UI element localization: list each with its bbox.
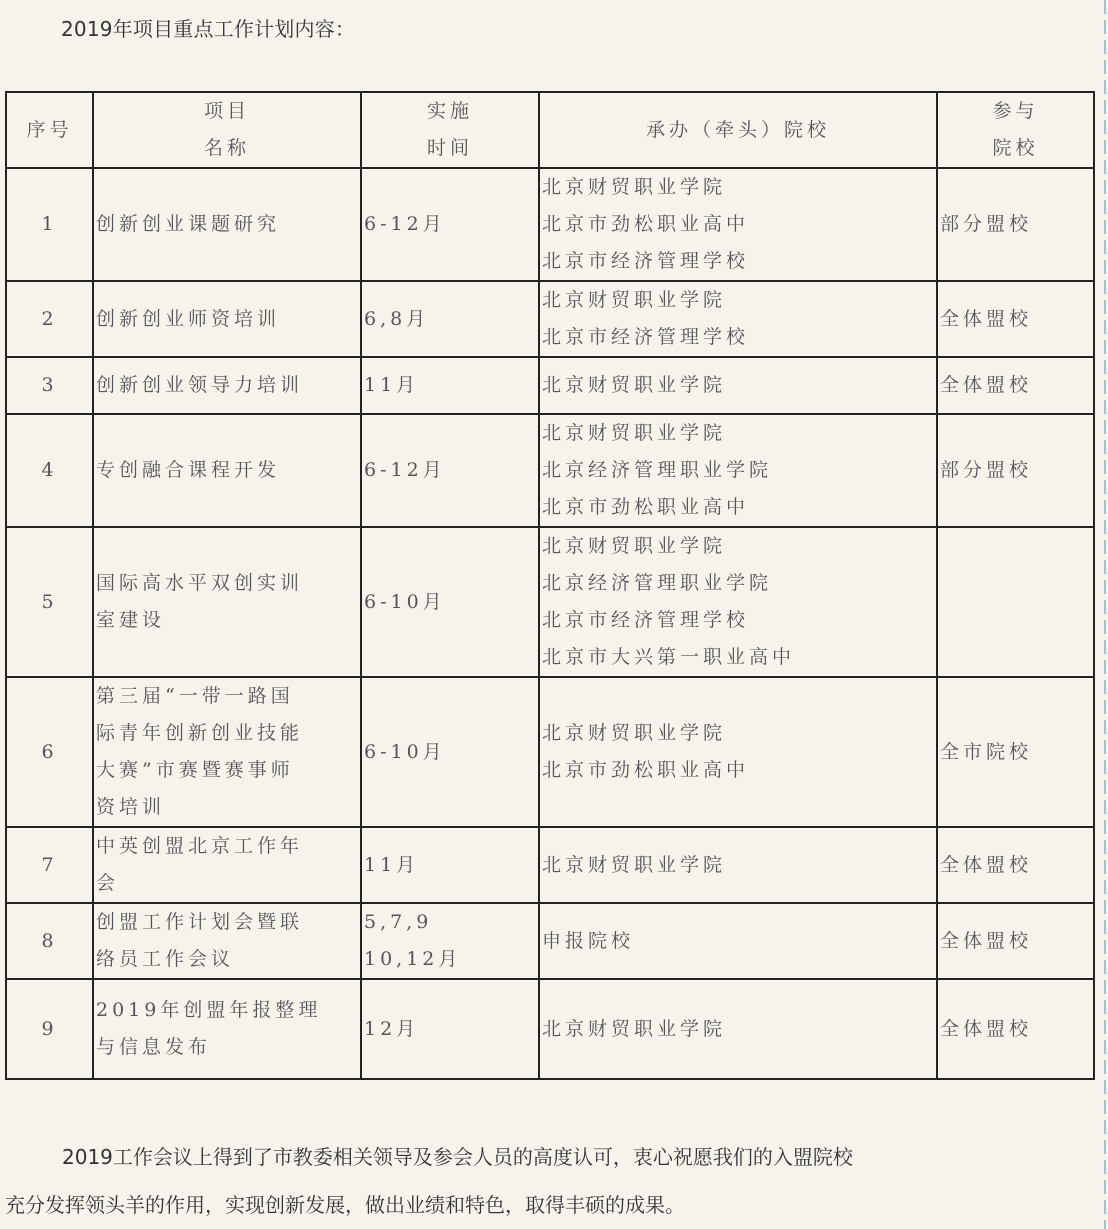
- host-institutions: 北京财贸职业学院北京市劲松职业高中: [539, 677, 937, 827]
- table-row: 4专创融合课程开发6-12月北京财贸职业学院北京经济管理职业学院北京市劲松职业高…: [6, 414, 1094, 527]
- implementation-time: 6-10月: [361, 527, 539, 677]
- closing-line-1: 2019工作会议上得到了市教委相关领导及参会人员的高度认可，衷心祝愿我们的入盟院…: [5, 1133, 1095, 1181]
- implementation-time: 6-12月: [361, 168, 539, 281]
- project-name: 国际高水平双创实训室建设: [93, 527, 361, 677]
- header-participants: 参与 院校: [937, 92, 1094, 168]
- implementation-time: 5,7,910,12月: [361, 903, 539, 979]
- implementation-time: 11月: [361, 357, 539, 414]
- host-institutions: 北京财贸职业学院北京经济管理职业学院北京市劲松职业高中: [539, 414, 937, 527]
- participating-institutions: 全体盟校: [937, 827, 1094, 903]
- participating-institutions: 部分盟校: [937, 414, 1094, 527]
- host-institutions: 申报院校: [539, 903, 937, 979]
- closing-paragraph: 2019工作会议上得到了市教委相关领导及参会人员的高度认可，衷心祝愿我们的入盟院…: [5, 1133, 1095, 1229]
- header-name: 项目 名称: [93, 92, 361, 168]
- table-row: 3创新创业领导力培训11月北京财贸职业学院全体盟校: [6, 357, 1094, 414]
- project-name: 中英创盟北京工作年会: [93, 827, 361, 903]
- project-name: 2019年创盟年报整理与信息发布: [93, 979, 361, 1079]
- table-row: 8创盟工作计划会暨联络员工作会议5,7,910,12月申报院校全体盟校: [6, 903, 1094, 979]
- project-name: 创新创业师资培训: [93, 281, 361, 357]
- table-row: 2创新创业师资培训6,8月北京财贸职业学院北京市经济管理学校全体盟校: [6, 281, 1094, 357]
- project-name: 第三届“一带一路国际青年创新创业技能大赛”市赛暨赛事师资培训: [93, 677, 361, 827]
- project-name: 创盟工作计划会暨联络员工作会议: [93, 903, 361, 979]
- implementation-time: 11月: [361, 827, 539, 903]
- row-number: 2: [6, 281, 93, 357]
- header-time: 实施 时间: [361, 92, 539, 168]
- table-row: 7中英创盟北京工作年会11月北京财贸职业学院全体盟校: [6, 827, 1094, 903]
- participating-institutions: 全体盟校: [937, 979, 1094, 1079]
- work-plan-table: 序号 项目 名称 实施 时间 承办（牵头）院校 参与 院校 1创新创业课题研究6…: [5, 91, 1095, 1080]
- host-institutions: 北京财贸职业学院: [539, 357, 937, 414]
- row-number: 5: [6, 527, 93, 677]
- project-name: 创新创业领导力培训: [93, 357, 361, 414]
- host-institutions: 北京财贸职业学院: [539, 827, 937, 903]
- table-row: 92019年创盟年报整理与信息发布12月北京财贸职业学院全体盟校: [6, 979, 1094, 1079]
- section-heading: 2019年项目重点工作计划内容：: [61, 14, 355, 44]
- implementation-time: 12月: [361, 979, 539, 1079]
- row-number: 7: [6, 827, 93, 903]
- table-row: 5国际高水平双创实训室建设6-10月北京财贸职业学院北京经济管理职业学院北京市经…: [6, 527, 1094, 677]
- implementation-time: 6,8月: [361, 281, 539, 357]
- host-institutions: 北京财贸职业学院: [539, 979, 937, 1079]
- header-no: 序号: [6, 92, 93, 168]
- host-institutions: 北京财贸职业学院北京市劲松职业高中北京市经济管理学校: [539, 168, 937, 281]
- page-edge-scrollbar: [1104, 0, 1106, 1229]
- table-header-row: 序号 项目 名称 实施 时间 承办（牵头）院校 参与 院校: [6, 92, 1094, 168]
- row-number: 6: [6, 677, 93, 827]
- participating-institutions: 全体盟校: [937, 357, 1094, 414]
- header-host: 承办（牵头）院校: [539, 92, 937, 168]
- project-name: 专创融合课程开发: [93, 414, 361, 527]
- table-row: 1创新创业课题研究6-12月北京财贸职业学院北京市劲松职业高中北京市经济管理学校…: [6, 168, 1094, 281]
- participating-institutions: 全市院校: [937, 677, 1094, 827]
- host-institutions: 北京财贸职业学院北京经济管理职业学院北京市经济管理学校北京市大兴第一职业高中: [539, 527, 937, 677]
- participating-institutions: 部分盟校: [937, 168, 1094, 281]
- row-number: 9: [6, 979, 93, 1079]
- implementation-time: 6-10月: [361, 677, 539, 827]
- row-number: 8: [6, 903, 93, 979]
- table-row: 6第三届“一带一路国际青年创新创业技能大赛”市赛暨赛事师资培训6-10月北京财贸…: [6, 677, 1094, 827]
- host-institutions: 北京财贸职业学院北京市经济管理学校: [539, 281, 937, 357]
- row-number: 4: [6, 414, 93, 527]
- row-number: 1: [6, 168, 93, 281]
- project-name: 创新创业课题研究: [93, 168, 361, 281]
- closing-line-2: 充分发挥领头羊的作用，实现创新发展，做出业绩和特色，取得丰硕的成果。: [5, 1181, 1095, 1229]
- row-number: 3: [6, 357, 93, 414]
- participating-institutions: 全体盟校: [937, 281, 1094, 357]
- participating-institutions: [937, 527, 1094, 677]
- participating-institutions: 全体盟校: [937, 903, 1094, 979]
- implementation-time: 6-12月: [361, 414, 539, 527]
